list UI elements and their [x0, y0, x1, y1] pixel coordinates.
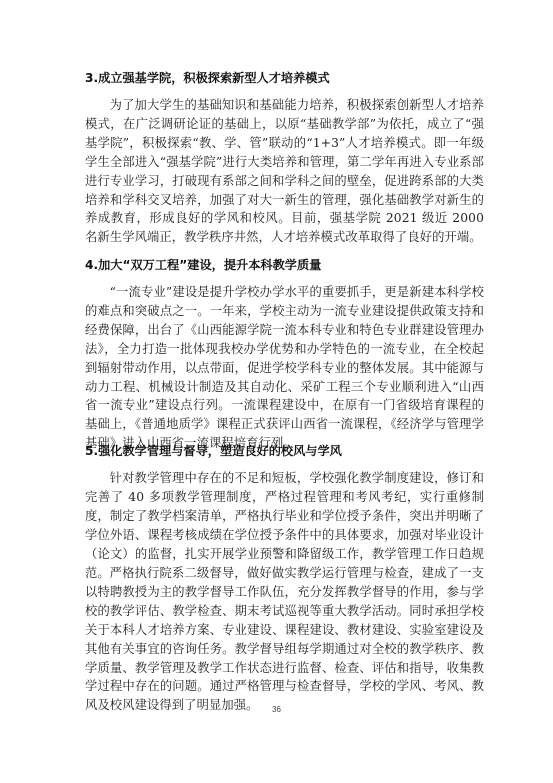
section-4-paragraph: “一流专业”建设是提升学校办学水平的重要抓手，更是新建本科学校的难点和突破点之一…	[85, 283, 484, 453]
page-number: 36	[0, 705, 553, 714]
section-3-paragraph: 为了加大学生的基础知识和基础能力培养，积极探索创新型人才培养模式，在广泛调研论证…	[85, 96, 484, 247]
section-heading-3: 3.成立强基学院，积极探索新型人才培养模式	[85, 70, 485, 86]
section-heading-5: 5.强化教学管理与督导，塑造良好的校风与学风	[85, 443, 485, 459]
document-page: 3.成立强基学院，积极探索新型人才培养模式 为了加大学生的基础知识和基础能力培养…	[0, 0, 553, 783]
section-heading-4: 4.加大“双万工程”建设，提升本科教学质量	[85, 257, 485, 273]
section-5-paragraph-2: 严格执行院系二级督导，做好做实教学运行管理与检查，建成了一支以特聘教授为主的教学…	[85, 564, 484, 715]
